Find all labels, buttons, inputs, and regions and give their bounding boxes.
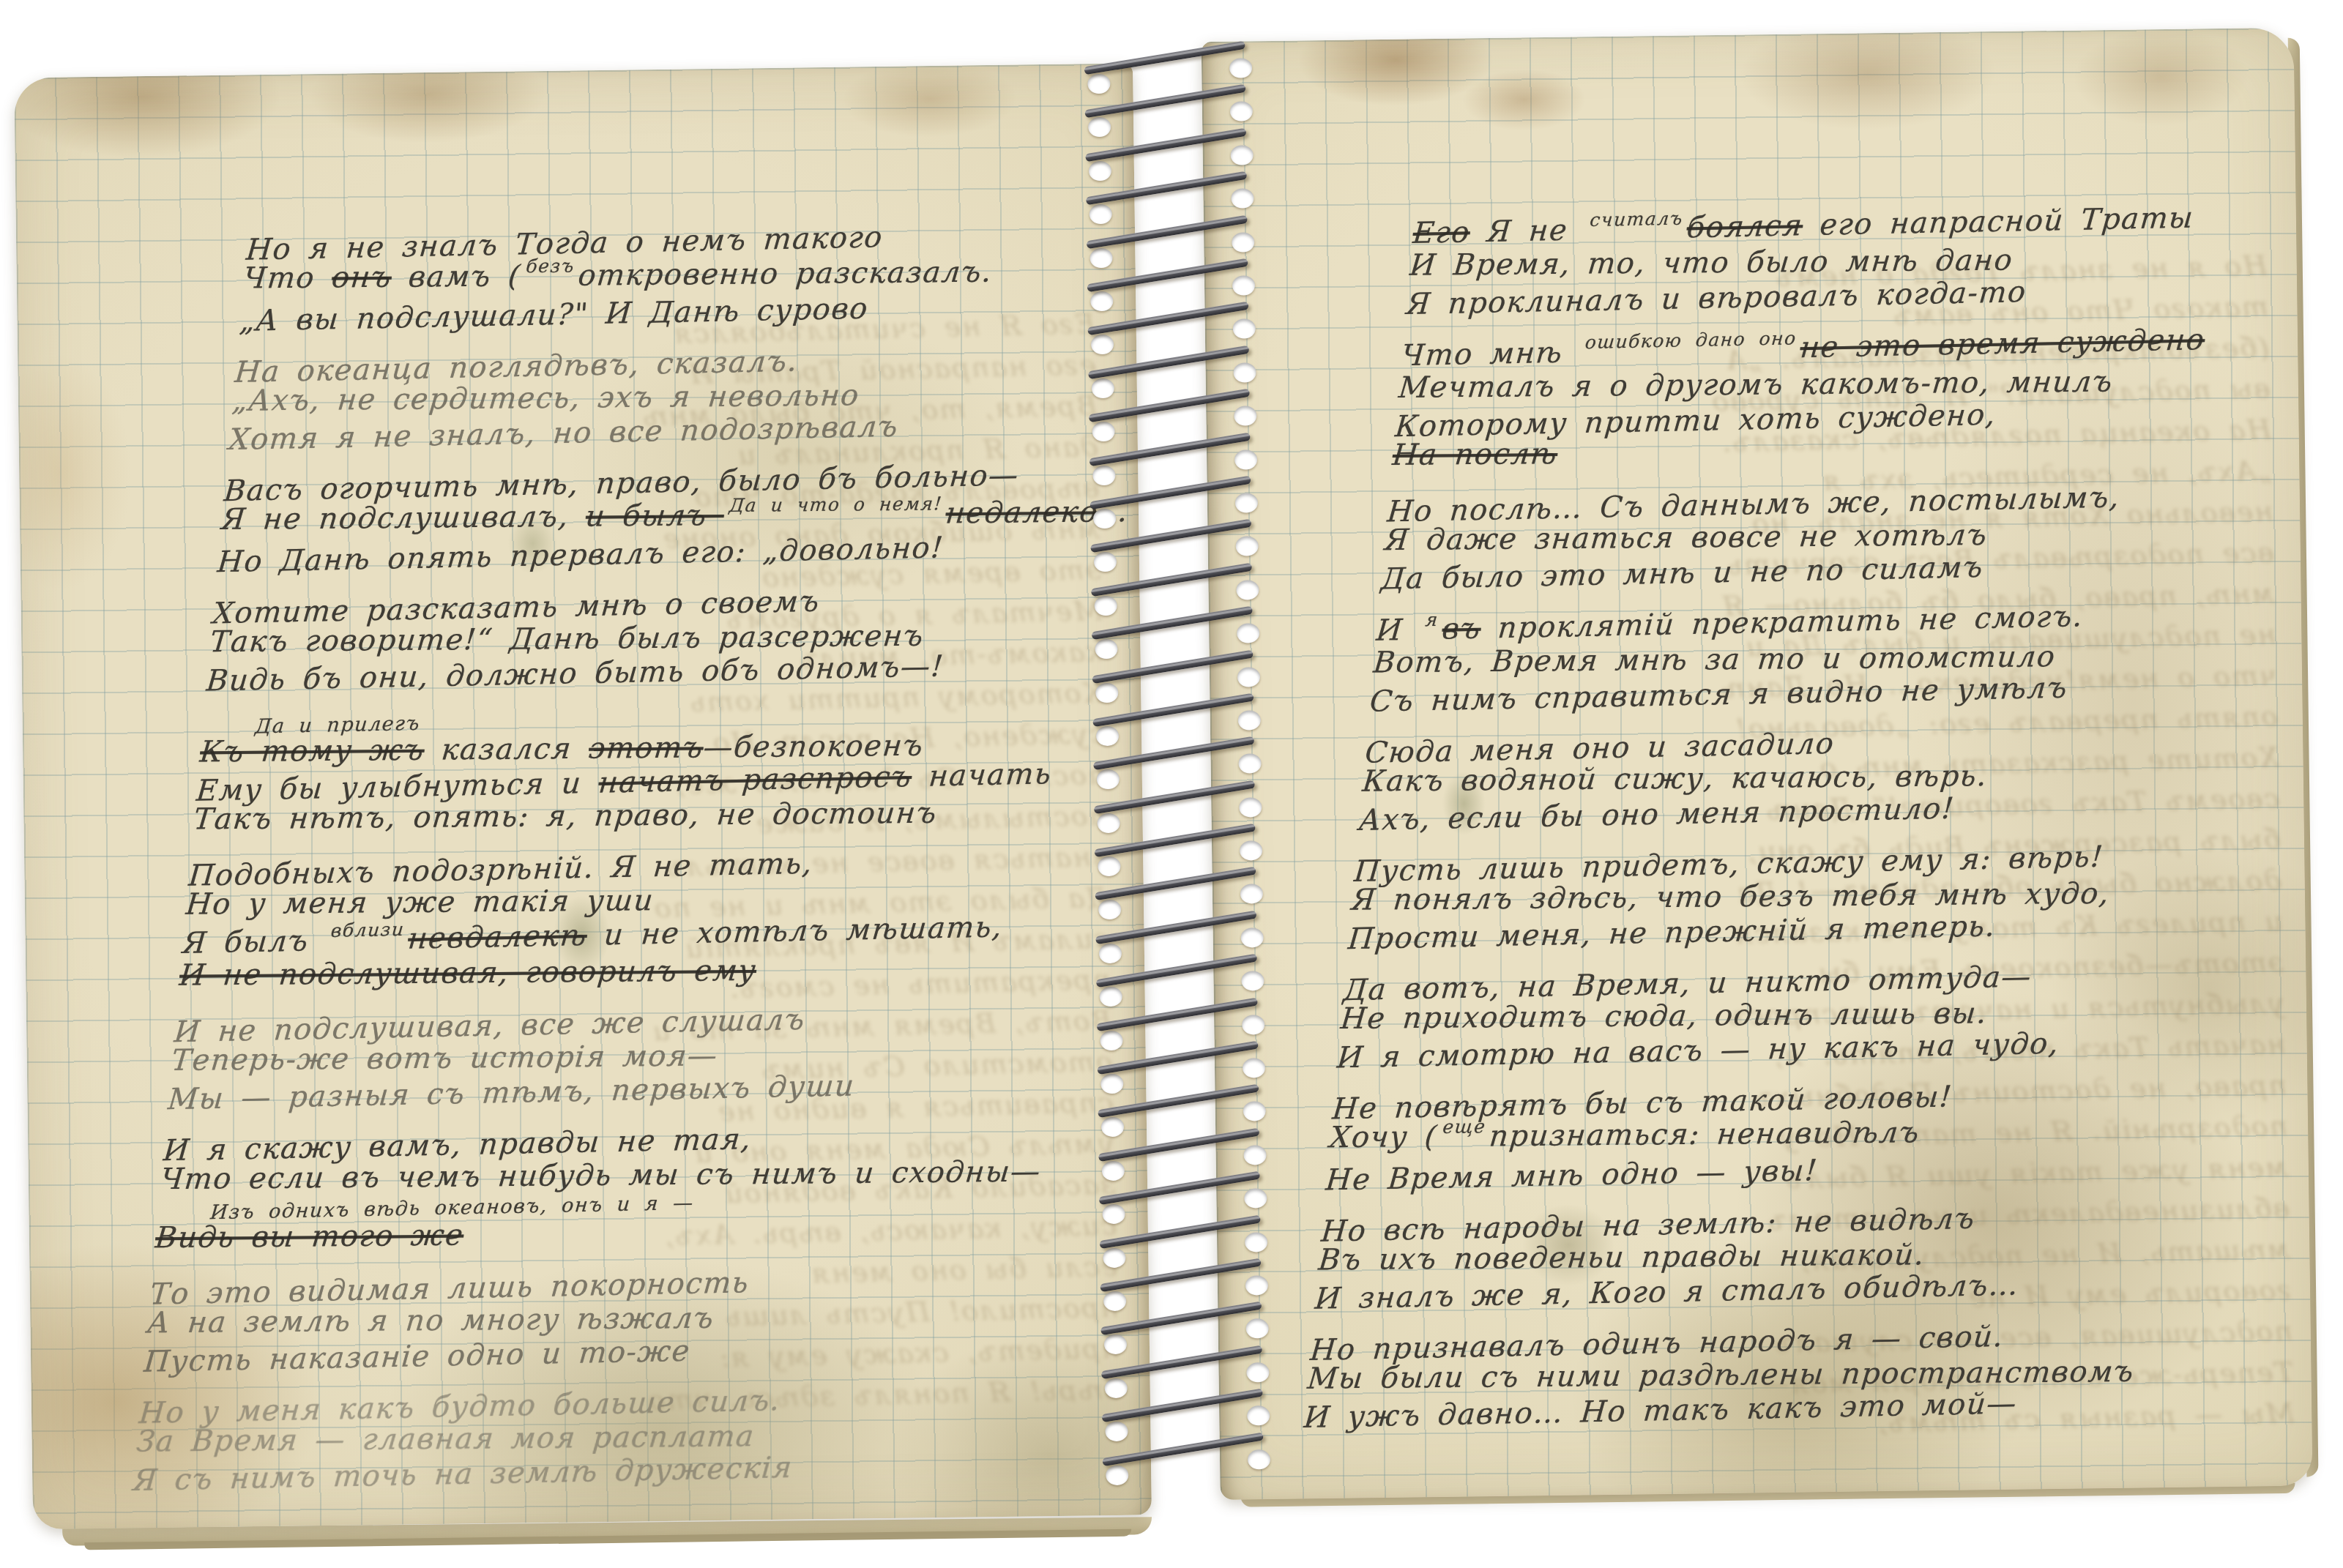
stanza: Подобныхъ подозрѣній. Я не тать,Но у мен…: [178, 844, 1120, 995]
handwriting-text: И Время, то, что было мнѣ дано: [1409, 244, 2015, 283]
punch-hole: [1237, 623, 1259, 643]
punch-hole: [1100, 1030, 1122, 1050]
binding-coil: [1095, 1444, 1289, 1488]
spiral-notebook: Его Я не считалъбоялся его напрасной Тра…: [14, 28, 2312, 1550]
punch-hole: [1243, 1058, 1265, 1078]
punch-hole: [1104, 1334, 1127, 1354]
punch-hole: [1098, 856, 1120, 876]
wire-loop: [1084, 41, 1245, 75]
handwriting-text: Я не: [1469, 213, 1586, 249]
punch-hole: [1234, 449, 1257, 469]
struck-text: недалеко: [945, 496, 1100, 531]
punch-hole: [1242, 1015, 1264, 1034]
handwriting-text: Я проклиналъ и вѣровалъ когда-то: [1405, 275, 2028, 321]
punch-hole: [1241, 971, 1264, 990]
punch-hole: [1095, 639, 1117, 659]
punch-hole: [1101, 1117, 1124, 1137]
punch-hole: [1231, 188, 1254, 208]
handwriting-text: Такъ нѣтъ, опять: я, право, не достоинъ: [193, 796, 939, 837]
punch-hole: [1231, 145, 1254, 165]
struck-text: И не подслушивая, говорилъ ему: [178, 954, 758, 993]
handwriting-text: Теперь-же вотъ исторія моя—: [170, 1039, 719, 1078]
stanza: Что мнѣ ошибкою дано ононе это время суж…: [1391, 324, 2341, 474]
punch-hole: [1238, 754, 1261, 774]
struck-text: Къ тому жъ: [198, 733, 426, 769]
handwritten-line: И не подслушивая, говорилъ ему: [178, 951, 1111, 993]
stanza: Его Я не считалъбоялся его напрасной Тра…: [1405, 201, 2343, 318]
stanza: Пусть лишь придетъ, скажу ему я: вѣрь!Я …: [1347, 840, 2294, 953]
punch-hole: [1093, 509, 1116, 529]
handwriting-text: проклятій прекратить не смогъ.: [1480, 600, 2085, 646]
punch-hole: [1233, 319, 1256, 339]
handwriting-text: его напрасной Траты: [1801, 201, 2195, 242]
handwriting-text: откровенно разсказалъ.: [576, 255, 994, 293]
punch-hole: [1229, 58, 1252, 78]
handwriting-text: —безпокоенъ: [702, 729, 925, 765]
inserted-word: вблизи: [329, 913, 406, 948]
punch-hole: [1094, 552, 1117, 572]
punch-hole: [1247, 1405, 1270, 1425]
punch-hole: [1089, 204, 1112, 224]
punch-hole: [1245, 1232, 1267, 1252]
handwriting-text: Но у меня уже такія уши: [185, 884, 655, 922]
handwriting-text: Ахъ, если бы оно меня простило!: [1357, 792, 1956, 837]
handwriting-text: вамъ (: [390, 259, 523, 294]
punch-hole: [1234, 406, 1256, 425]
struck-text: въ: [1441, 612, 1483, 646]
handwriting-text: Не Время мнѣ одно — увы!: [1325, 1154, 1819, 1198]
handwriting-text: Что мнѣ: [1401, 335, 1582, 373]
punch-hole: [1089, 247, 1112, 267]
struck-text: Видь вы того же: [154, 1219, 465, 1255]
punch-hole: [1244, 1188, 1267, 1208]
struck-text: невдалекѣ: [406, 919, 588, 956]
stanza: И не подслушивая, все же слушалъТеперь-ж…: [167, 1000, 1106, 1113]
stanza: Хотите разсказать мнѣ о своемъТакъ говор…: [205, 581, 1144, 695]
punch-hole: [1245, 1319, 1268, 1339]
punch-hole: [1089, 161, 1111, 181]
handwriting-text: признаться: ненавидѣлъ: [1488, 1116, 1921, 1153]
struck-text: не это время суждено: [1799, 323, 2207, 365]
handwriting-text: А на землѣ я по многу ѣзжалъ: [146, 1302, 715, 1340]
punch-hole: [1095, 596, 1117, 616]
punch-hole: [1241, 927, 1264, 947]
punch-hole: [1090, 291, 1113, 311]
inserted-word: Да и что о немя!: [728, 487, 944, 523]
punch-hole: [1103, 1291, 1126, 1311]
handwritten-line: Такъ нѣтъ, опять: я, право, не достоинъ: [193, 794, 1125, 836]
handwriting-text: казался: [422, 732, 590, 767]
handwriting-text: Хочу (: [1328, 1120, 1439, 1154]
struck-text: Его: [1412, 215, 1472, 250]
handwriting-text: Въ ихъ поведеньи правды никакой.: [1317, 1238, 1926, 1277]
handwriting-text: Пусть наказаніе одно и то-же: [143, 1334, 692, 1379]
notebook-page-left: Его Я не считалъбоялся его напрасной Тра…: [14, 63, 1152, 1529]
punch-hole: [1239, 797, 1262, 817]
punch-hole: [1092, 465, 1115, 485]
punch-hole: [1092, 378, 1114, 398]
punch-hole: [1246, 1362, 1269, 1382]
stanza: И я скажу вамъ, правды не тая,Что если в…: [154, 1119, 1095, 1257]
stanza: Да вотъ, на Время, и никто оттуда—Не при…: [1336, 958, 2283, 1072]
punch-hole: [1096, 726, 1119, 746]
punch-hole: [1235, 493, 1258, 512]
punch-hole: [1103, 1247, 1125, 1267]
stanza: На океанца поглядѣвъ, сказалъ.„Ахъ, не с…: [228, 340, 1167, 454]
stanza: Но послѣ… Съ даннымъ же, постылымъ,Я даж…: [1380, 479, 2327, 593]
stanza: Васъ огорчить мнѣ, право, было бъ больно…: [216, 459, 1155, 576]
stanza: И явъ проклятій прекратить не смогъ.Вотъ…: [1368, 598, 2315, 715]
stanza: Не повѣрятъ бы съ такой головы!Хочу (еще…: [1325, 1077, 2271, 1194]
struck-text: начатъ разспросъ: [597, 760, 914, 800]
punch-hole: [1092, 422, 1114, 441]
handwriting-text: Да было это мнѣ и не по силамъ: [1379, 550, 1984, 597]
handwritten-line: На послѣ: [1391, 430, 2331, 472]
inserted-word: безъ: [524, 250, 576, 284]
handwritten-poem-left: Но я не зналъ Тогда о немъ такогоЧто онъ…: [130, 218, 1178, 1512]
punch-hole: [1105, 1422, 1128, 1441]
stanza: Но всѣ народы на землѣ: не видѣлъВъ ихъ …: [1314, 1199, 2260, 1313]
punch-hole: [1098, 900, 1121, 919]
punch-hole: [1097, 813, 1120, 832]
struck-text: На послѣ: [1391, 437, 1560, 472]
struck-text: онъ: [330, 261, 393, 295]
handwriting-text: И: [1375, 613, 1422, 647]
punch-hole: [1106, 1465, 1128, 1485]
stanza: Да и прилегъКъ тому жъ казался этотъ—без…: [192, 701, 1133, 839]
stanza: Но я не зналъ Тогда о немъ такогоЧто онъ…: [239, 218, 1178, 335]
punch-hole: [1095, 682, 1118, 702]
struck-text: боялся: [1685, 209, 1804, 244]
punch-hole: [1088, 117, 1111, 137]
punch-hole: [1100, 987, 1122, 1007]
stanza: То это видимая лишь покорностьА на землѣ…: [143, 1263, 1082, 1376]
stanza: Сюда меня оно и засадилоКакъ водяной сиж…: [1357, 721, 2304, 835]
inserted-word: еще: [1441, 1110, 1488, 1144]
handwriting-text: Я не подслушивалъ,: [220, 500, 587, 537]
struck-text: этотъ: [587, 731, 705, 765]
stanza: Но у меня какъ будто больше силъ.За Врем…: [132, 1381, 1071, 1495]
handwriting-text: Что: [242, 261, 334, 296]
handwriting-text: начать: [910, 757, 1053, 794]
stanza: Но признавалъ одинъ народъ я — свой.Мы б…: [1303, 1318, 2249, 1432]
handwriting-text: „А вы подслушали?" И Данѣ сурово: [238, 292, 869, 338]
punch-hole: [1236, 537, 1259, 556]
punch-hole: [1233, 362, 1256, 382]
punch-hole: [1097, 769, 1120, 789]
punch-hole: [1091, 335, 1114, 354]
punch-hole: [1238, 710, 1261, 730]
notebook-page-right: Но я не зналъ Тогда о немъ такого Что он…: [1202, 28, 2313, 1500]
punch-hole: [1248, 1449, 1270, 1469]
struck-text: и былъ: [584, 499, 726, 534]
inserted-word: ошибкою дано оно: [1584, 321, 1798, 359]
punch-hole: [1240, 884, 1263, 904]
punch-hole: [1087, 74, 1110, 94]
handwriting-text: Прости меня, не прежній я теперь.: [1346, 909, 1997, 956]
punch-hole: [1100, 1074, 1123, 1094]
punch-hole: [1102, 1204, 1125, 1224]
inserted-word: считалъ: [1589, 202, 1685, 238]
punch-hole: [1237, 667, 1260, 687]
punch-hole: [1102, 1161, 1125, 1181]
punch-hole: [1245, 1275, 1268, 1295]
punch-hole: [1232, 275, 1255, 295]
handwriting-text: Я былъ: [181, 924, 327, 960]
spiral-binding: [1077, 53, 1289, 1512]
inserted-word: я: [1424, 603, 1440, 637]
punch-hole: [1243, 1145, 1266, 1165]
punch-hole: [1232, 232, 1254, 252]
handwritten-poem-right: Его Я не считалъбоялся его напрасной Тра…: [1301, 201, 2343, 1449]
punch-hole: [1105, 1378, 1128, 1398]
handwriting-text: Я даже знаться вовсе не хотѣлъ: [1383, 518, 1989, 557]
punch-hole: [1230, 102, 1253, 122]
punch-hole: [1236, 580, 1259, 600]
punch-hole: [1099, 944, 1122, 963]
punch-hole: [1243, 1102, 1266, 1121]
punch-hole: [1240, 840, 1262, 860]
handwritten-line: Видь вы того же: [154, 1213, 1087, 1255]
